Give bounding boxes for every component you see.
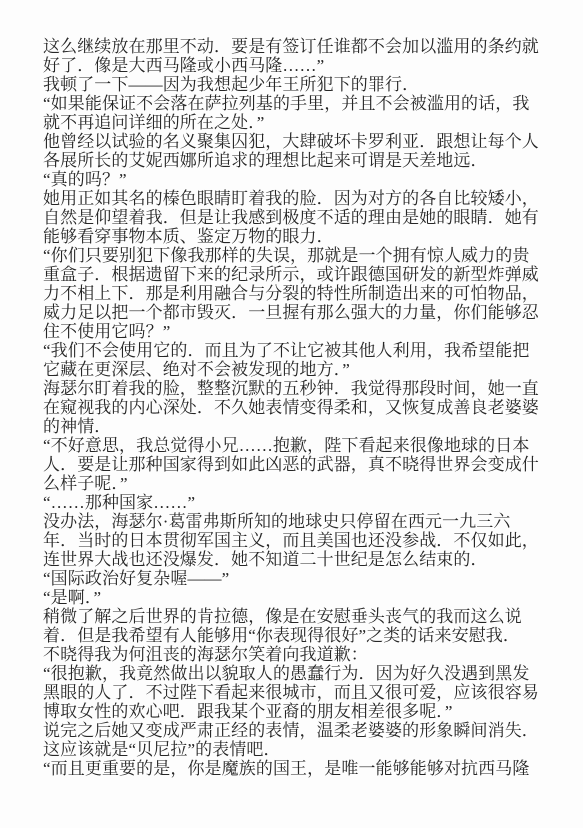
text-line: “国际政治好复杂喔——” xyxy=(43,569,543,588)
text-line: “如果能保证不会落在萨拉列基的手里，并且不会被滥用的话，我 xyxy=(43,94,543,113)
text-line: 力不相上下．那是利用融合与分裂的特性所制造出来的可怕物品， xyxy=(43,284,543,303)
text-line: 在窥视我的内心深处．不久她表情变得柔和，又恢复成善良老婆婆 xyxy=(43,398,543,417)
text-line: “很抱歉，我竟然做出以貌取人的愚蠢行为．因为好久没遇到黑发 xyxy=(43,664,543,683)
text-line: 说完之后她又变成严肃正经的表情，温柔老婆婆的形象瞬间消失． xyxy=(43,721,543,740)
book-page: 这么继续放在那里不动．要是有签订任谁都不会加以滥用的条约就好了．像是大西马隆或小… xyxy=(0,0,583,828)
text-line: 着．但是我希望有人能够用“你表现得很好”之类的话来安慰我． xyxy=(43,626,543,645)
text-line: 她用正如其名的榛色眼睛盯着我的脸．因为对方的各自比较矮小， xyxy=(43,189,543,208)
text-line: 年．当时的日本贯彻军国主义，而且美国也还没参战．不仅如此， xyxy=(43,531,543,550)
text-block: 这么继续放在那里不动．要是有签订任谁都不会加以滥用的条约就好了．像是大西马隆或小… xyxy=(43,37,543,778)
text-line: 住不使用它吗？” xyxy=(43,322,543,341)
text-line: “而且更重要的是，你是魔族的国王，是唯一能够能够对抗西马隆 xyxy=(43,759,543,778)
text-line: 么样子呢．” xyxy=(43,474,543,493)
text-line: 自然是仰望着我．但是让我感到极度不适的理由是她的眼睛．她有 xyxy=(43,208,543,227)
text-line: 不晓得我为何沮丧的海瑟尔笑着向我道歉： xyxy=(43,645,543,664)
text-line: 威力足以把一个都市毁灭．一旦握有那么强大的力量，你们能够忍 xyxy=(43,303,543,322)
text-line: “是啊．” xyxy=(43,588,543,607)
text-line: 它藏在更深层、绝对不会被发现的地方．” xyxy=(43,360,543,379)
text-line: 重盒子．根据遗留下来的纪录所示，或许跟德国研发的新型炸弹威 xyxy=(43,265,543,284)
text-line: 黑眼的人了．不过陛下看起来很城市，而且又很可爱，应该很容易 xyxy=(43,683,543,702)
text-line: “真的吗？” xyxy=(43,170,543,189)
text-line: 没办法，海瑟尔·葛雷弗斯所知的地球史只停留在西元一九三六 xyxy=(43,512,543,531)
text-line: “……那种国家……” xyxy=(43,493,543,512)
text-line: 能够看穿事物本质、鉴定万物的眼力． xyxy=(43,227,543,246)
text-line: “我们不会使用它的．而且为了不让它被其他人利用，我希望能把 xyxy=(43,341,543,360)
text-line: 好了．像是大西马隆或小西马隆……” xyxy=(43,56,543,75)
text-line: 人．要是让那种国家得到如此凶恶的武器，真不晓得世界会变成什 xyxy=(43,455,543,474)
text-line: 稍微了解之后世界的肯拉德，像是在安慰垂头丧气的我而这么说 xyxy=(43,607,543,626)
text-line: 这么继续放在那里不动．要是有签订任谁都不会加以滥用的条约就 xyxy=(43,37,543,56)
text-line: 就不再追问详细的所在之处．” xyxy=(43,113,543,132)
text-line: “不好意思，我总觉得小兄……抱歉，陛下看起来很像地球的日本 xyxy=(43,436,543,455)
text-line: 连世界大战也还没爆发．她不知道二十世纪是怎么结束的． xyxy=(43,550,543,569)
text-line: 这应该就是“贝尼拉”的表情吧． xyxy=(43,740,543,759)
text-line: 各展所长的艾妮西娜所追求的理想比起来可谓是天差地远． xyxy=(43,151,543,170)
text-line: “你们只要别犯下像我那样的失误，那就是一个拥有惊人威力的贵 xyxy=(43,246,543,265)
text-line: 我顿了一下——因为我想起少年王所犯下的罪行． xyxy=(43,75,543,94)
text-line: 海瑟尔盯着我的脸，整整沉默的五秒钟．我觉得那段时间，她一直 xyxy=(43,379,543,398)
text-line: 的神情． xyxy=(43,417,543,436)
text-line: 博取女性的欢心吧．跟我某个亚裔的朋友相差很多呢．” xyxy=(43,702,543,721)
text-line: 他曾经以试验的名义聚集囚犯，大肆破坏卡罗利亚．跟想让每个人 xyxy=(43,132,543,151)
